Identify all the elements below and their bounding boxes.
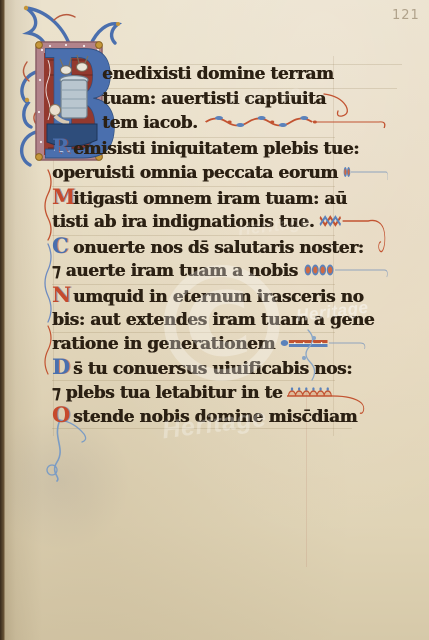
versal-initial: C (52, 235, 73, 256)
text-line: ratione in generationem (52, 332, 369, 357)
verse-text: tisti ab ira indignationis tue. (52, 210, 314, 234)
versal-initial: R (52, 136, 73, 157)
versal-initial: D (52, 356, 73, 377)
margin-flourish-red (322, 90, 352, 132)
text-line: Numquid in eternum irasceris no (52, 284, 363, 309)
verse-text: ratione in generationem (52, 332, 275, 356)
text-line: Mitigasti omnem iram tuam: aū (52, 186, 347, 211)
gold-dot (24, 6, 28, 10)
text-line: Ostende nobis domine misc̄diam (52, 404, 357, 429)
margin-foliage-blue (298, 328, 320, 382)
line-filler-braid (319, 213, 391, 229)
verse-text: enedixisti domine terram (52, 62, 333, 86)
text-line: tisti ab ira indignationis tue. (52, 210, 391, 235)
text-line: bis: aut extendes iram tuam a gene (52, 308, 374, 333)
text-line: enedixisti domine terram (52, 62, 333, 87)
verse-text: onuerte nos ds̄ salutaris noster: (73, 236, 364, 260)
versal-initial: N (52, 284, 73, 305)
verse-text: ⁊ auerte iram tuam a nobis (52, 259, 298, 283)
gold-dot (25, 98, 29, 102)
text-line: tuam: auertisti captiuita (52, 87, 326, 112)
text-line: operuisti omnia peccata eorum (52, 161, 389, 186)
versal-initial: M (52, 186, 73, 207)
verse-text: itigasti omnem iram tuam: aū (73, 187, 347, 211)
line-filler-vine (203, 114, 389, 130)
line-filler-knot (343, 164, 389, 180)
line-filler-arcade (287, 384, 373, 400)
verse-text: bis: aut extendes iram tuam a gene (52, 308, 374, 332)
verse-text: stende nobis domine misc̄diam (73, 405, 357, 429)
line-filler-bar (280, 335, 369, 351)
text-line: Conuerte nos ds̄ salutaris noster: (52, 235, 364, 260)
folio-number: 121 (392, 8, 420, 23)
verse-text: tem iacob. (52, 111, 198, 135)
manuscript-page-photo: B enedixisti domine terram (0, 0, 429, 640)
versal-initial: O (52, 404, 73, 425)
verse-text: operuisti omnia peccata eorum (52, 161, 338, 185)
binding-gutter-edge (0, 0, 5, 640)
verse-text: umquid in eternum irasceris no (73, 285, 363, 309)
line-filler-beads (303, 262, 389, 278)
verse-text: emisisti iniquitatem plebis tue: (73, 137, 359, 161)
text-line: ⁊ plebs tua letabitur in te (52, 381, 373, 406)
text-line: Remisisti iniquitatem plebis tue: (52, 136, 359, 161)
text-line: ⁊ auerte iram tuam a nobis (52, 259, 389, 284)
verse-text: ⁊ plebs tua letabitur in te (52, 381, 282, 405)
verse-text: tuam: auertisti captiuita (52, 87, 326, 111)
